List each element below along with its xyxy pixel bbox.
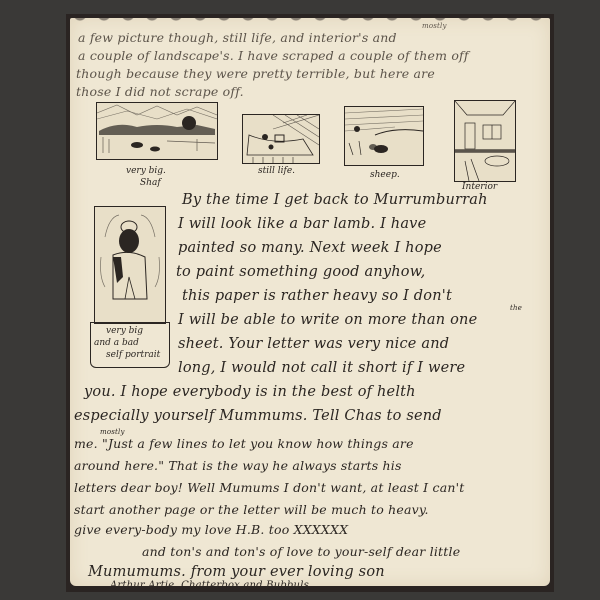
sketch-caption: Interior (462, 182, 497, 192)
letter-line: a few picture though, still life, and in… (78, 30, 397, 45)
letter-insert: mostly (100, 428, 125, 436)
letter-page: a few picture though, still life, and in… (70, 18, 550, 586)
letter-line: this paper is rather heavy so I don't (182, 288, 452, 304)
sketch-caption: self portrait (106, 350, 160, 360)
self-portrait-sketch (94, 206, 166, 324)
letter-line: sheet. Your letter was very nice and (178, 336, 449, 352)
still-life-drawing-icon (243, 115, 319, 163)
sketch-caption: Shaf (140, 178, 161, 188)
still-life-sketch (242, 114, 320, 164)
letter-line: By the time I get back to Murrumburrah (182, 192, 488, 208)
letter-line: you. I hope everybody is in the best of … (84, 384, 416, 400)
letter-line: especially yourself Mummums. Tell Chas t… (74, 408, 442, 424)
letter-line: and ton's and ton's of love to your-self… (142, 544, 460, 559)
letter-line: I will be able to write on more than one (178, 312, 477, 328)
portrait-drawing-icon (95, 207, 165, 323)
letter-line: a couple of landscape's. I have scraped … (78, 48, 469, 63)
letter-line: me. "Just a few lines to let you know ho… (74, 436, 414, 451)
sheep-sketch (344, 106, 424, 166)
letter-line: long, I would not call it short if I wer… (178, 360, 465, 376)
sketch-caption: and a bad (94, 338, 139, 348)
signature: Arthur Artie. Chatterbox and Bubbuls (110, 580, 309, 591)
sketch-caption: very big. (126, 166, 166, 176)
landscape-sketch (96, 102, 218, 160)
sheep-drawing-icon (345, 107, 423, 165)
letter-line: letters dear boy! Well Mumums I don't wa… (74, 480, 464, 495)
letter-insert: mostly (422, 22, 447, 30)
letter-line: those I did not scrape off. (76, 84, 244, 99)
letter-line: around here." That is the way he always … (74, 458, 402, 473)
interior-sketch (454, 100, 516, 182)
sketch-caption: still life. (258, 166, 295, 176)
sketch-caption: very big (106, 326, 143, 336)
letter-line: painted so many. Next week I hope (178, 240, 442, 256)
sketch-caption: sheep. (370, 170, 400, 180)
interior-drawing-icon (455, 101, 515, 181)
landscape-drawing-icon (97, 103, 217, 159)
letter-insert: the (510, 304, 522, 312)
letter-line: I will look like a bar lamb. I have (178, 216, 426, 232)
letter-line: though because they were pretty terrible… (76, 66, 435, 81)
letter-line: Mumumums. from your ever loving son (88, 564, 385, 580)
letter-line: to paint something good anyhow, (176, 264, 425, 280)
letter-line: give every-body my love H.B. too XXXXXX (74, 522, 348, 537)
letter-line: start another page or the letter will be… (74, 502, 429, 517)
